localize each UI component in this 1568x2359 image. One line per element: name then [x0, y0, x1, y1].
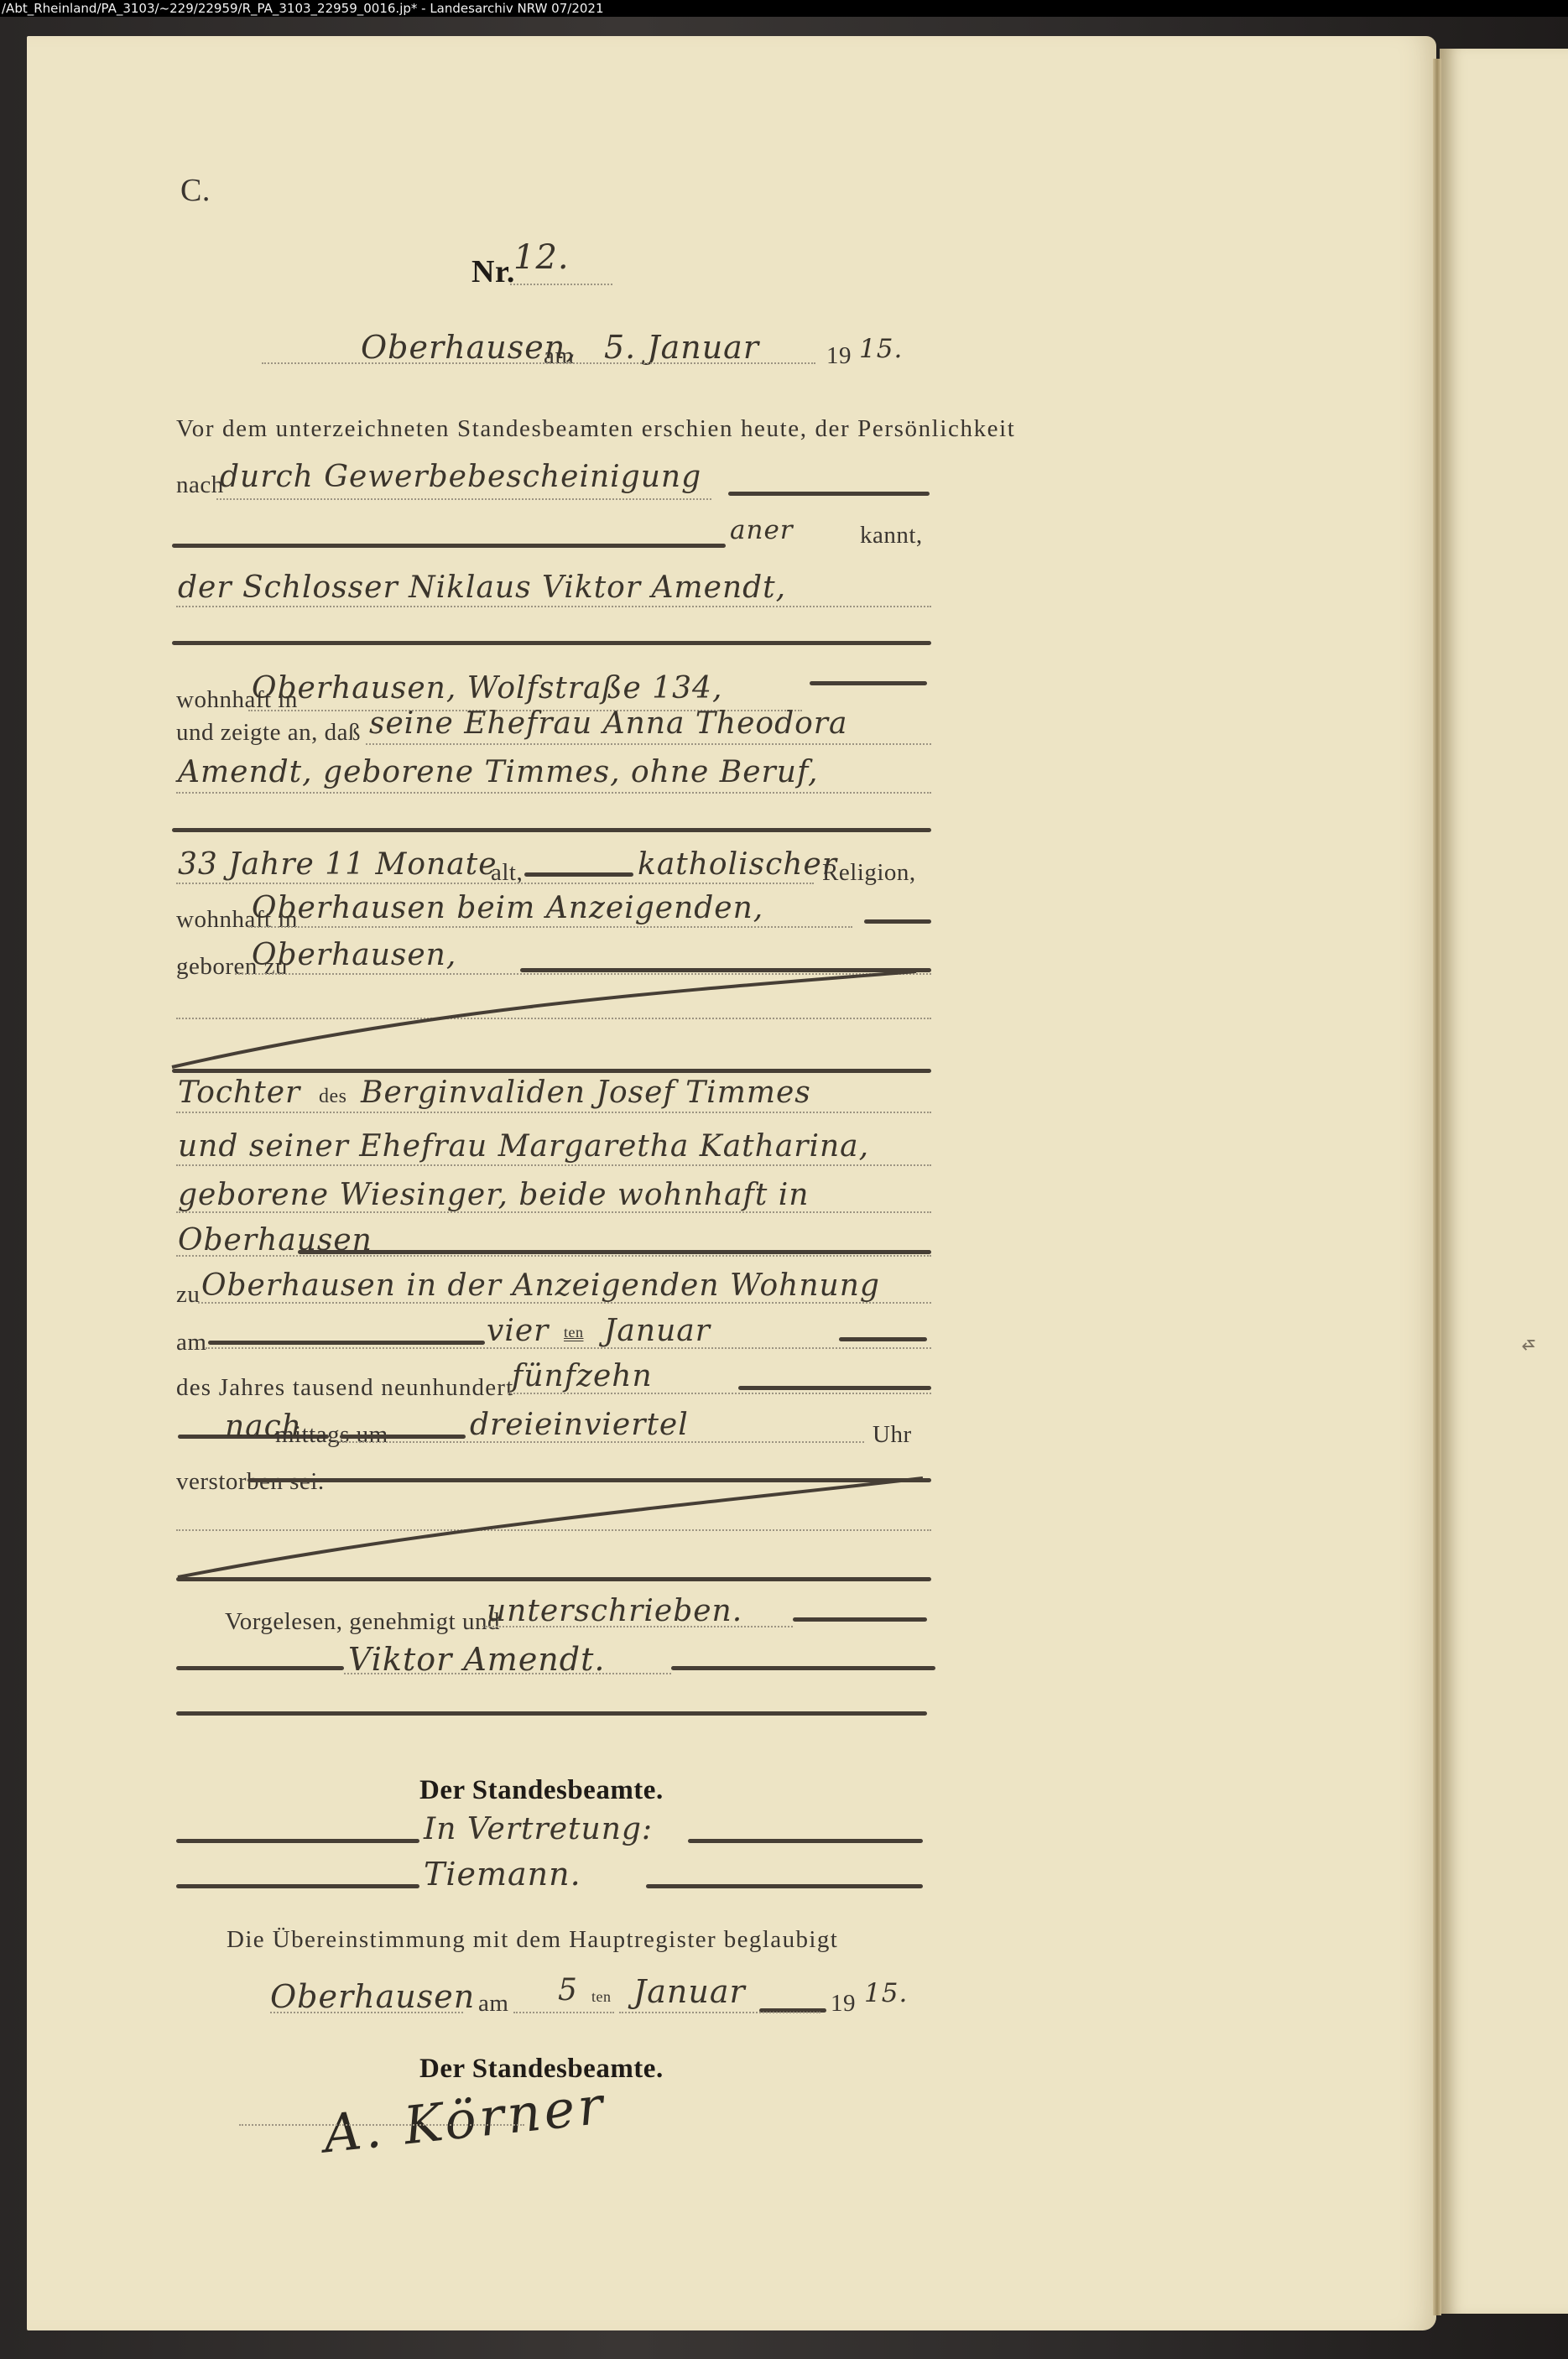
certification-month: Januar: [633, 1973, 746, 2010]
fill-bar: [810, 681, 927, 685]
blank-dotted-line: [176, 1018, 931, 1019]
fill-bar: [176, 1839, 419, 1843]
read-approved-value: unterschrieben.: [487, 1594, 742, 1628]
record-number: 12.: [513, 238, 570, 277]
fill-bar: [176, 1711, 927, 1716]
fill-bar: [172, 1069, 931, 1073]
parents-dotted-line-2: [176, 1164, 931, 1166]
parents-dotted-line-3: [176, 1211, 931, 1213]
death-month: Januar: [604, 1314, 711, 1348]
fill-bar: [738, 1386, 931, 1390]
informant-name: der Schlosser Niklaus Viktor Amendt,: [178, 570, 786, 605]
certification-day: 5: [558, 1973, 578, 2007]
death-place-dotted-line: [198, 1302, 931, 1304]
death-year-label: des Jahres tausend neunhundert: [176, 1374, 513, 1402]
certification-year-suffix: 15.: [864, 1978, 908, 2008]
number-label: Nr.: [471, 253, 515, 290]
adjacent-page: [1440, 49, 1568, 2314]
fill-bar: [208, 1341, 485, 1345]
fill-bar: [176, 1577, 931, 1581]
registrar-signature: Tiemann.: [424, 1856, 581, 1893]
fill-bar: [520, 968, 931, 972]
fill-bar: [688, 1839, 923, 1843]
deceased-religion: katholischer: [638, 847, 837, 882]
section-letter: C.: [180, 172, 211, 209]
nach-label: nach: [176, 471, 224, 499]
fill-bar: [524, 872, 633, 877]
cert-day-dotted-line: [513, 2012, 614, 2013]
death-place-label: zu: [176, 1281, 200, 1309]
death-time-unit: Uhr: [873, 1421, 912, 1449]
announcement-label: und zeigte an, daß: [176, 719, 361, 747]
signature-dotted-line: [344, 1673, 671, 1674]
death-time: dreieinviertel: [470, 1408, 689, 1442]
window-title: /Abt_Rheinland/PA_3103/~229/22959/R_PA_3…: [2, 1, 604, 16]
fill-bar: [176, 1666, 344, 1670]
parents-father: Berginvaliden Josef Timmes: [361, 1075, 811, 1110]
intro-text: Vor dem unterzeichneten Standesbeamten e…: [176, 415, 1015, 443]
death-time-dotted-line: [336, 1441, 864, 1443]
cert-signature-dotted-line: [239, 2124, 524, 2126]
deceased-residence-dotted-line: [248, 926, 852, 928]
cert-place-dotted-line: [270, 2012, 463, 2013]
age-dotted-line: [176, 883, 814, 884]
kannt-prefix: aner: [730, 515, 794, 545]
fill-bar: [864, 919, 931, 924]
header-date: 5. Januar: [604, 329, 759, 366]
death-day-suffix: ten: [564, 1324, 584, 1341]
header-year-suffix: 15.: [859, 334, 903, 364]
death-day: vier: [487, 1314, 549, 1348]
header-year-prefix: 19: [826, 342, 852, 370]
fill-bar: [172, 828, 931, 832]
fill-bar: [298, 1250, 931, 1254]
death-year: fünfzehn: [512, 1359, 653, 1393]
identity-method: durch Gewerbebescheinigung: [220, 460, 701, 494]
deceased-birthplace: Oberhausen,: [252, 938, 456, 972]
death-day-label: am: [176, 1329, 206, 1357]
fill-bar: [340, 1435, 466, 1439]
deceased-age: 33 Jahre 11 Monate: [178, 847, 497, 882]
book-gutter: [1433, 59, 1441, 2315]
cert-month-dotted-line: [619, 2012, 820, 2013]
fill-bar: [793, 1617, 927, 1622]
registrar-deputy: In Vertretung:: [424, 1812, 653, 1846]
fill-bar: [247, 1478, 931, 1482]
death-year-dotted-line: [508, 1393, 931, 1394]
parents-tochter: Tochter: [178, 1075, 300, 1110]
fill-bar: [839, 1337, 927, 1341]
fill-bar: [172, 544, 726, 548]
fill-bar: [176, 1884, 419, 1888]
announcement-line-2: Amendt, geborene Timmes, ohne Beruf,: [178, 755, 818, 789]
announcement-dotted-line: [366, 743, 931, 745]
death-day-dotted-line: [206, 1347, 931, 1349]
informant-dotted-line: [176, 606, 931, 607]
certification-day-suffix: ten: [591, 1988, 612, 2006]
parents-des-label: des: [319, 1086, 347, 1108]
announcement-dotted-line-2: [176, 792, 931, 794]
header-am-label: am: [544, 342, 574, 370]
announcement-line-1: seine Ehefrau Anna Theodora: [369, 706, 847, 741]
registrar-heading: Der Standesbeamte.: [419, 1775, 664, 1806]
certification-year-prefix: 19: [831, 1990, 856, 2018]
death-place: Oberhausen in der Anzeigenden Wohnung: [201, 1268, 880, 1303]
nach-dotted-line: [216, 498, 711, 500]
parents-dotted-line-4: [176, 1255, 931, 1257]
deceased-residence: Oberhausen beim Anzeigenden,: [252, 891, 763, 925]
certification-am-label: am: [478, 1990, 508, 2018]
fill-bar: [728, 492, 930, 496]
fill-bar: [172, 641, 931, 645]
parents-dotted-line-1: [176, 1112, 931, 1113]
fill-bar: [646, 1884, 923, 1888]
blank-dotted-line-2: [176, 1529, 931, 1531]
kannt-label: kannt,: [860, 522, 923, 549]
informant-residence: Oberhausen, Wolfstraße 134,: [252, 671, 722, 706]
parents-mother: und seiner Ehefrau Margaretha Katharina,: [178, 1129, 869, 1164]
window-title-bar: /Abt_Rheinland/PA_3103/~229/22959/R_PA_3…: [0, 0, 1568, 17]
certification-text: Die Übereinstimmung mit dem Hauptregiste…: [227, 1926, 838, 1954]
header-dotted-line: [262, 362, 815, 364]
certification-place: Oberhausen: [270, 1978, 475, 2015]
fill-bar: [671, 1666, 935, 1670]
parents-mother-maiden: geborene Wiesinger, beide wohnhaft in: [178, 1178, 809, 1212]
read-dotted-line: [482, 1626, 793, 1627]
read-approved-label: Vorgelesen, genehmigt und: [225, 1608, 500, 1636]
religion-label: Religion,: [822, 859, 916, 887]
birthplace-dotted-line: [235, 973, 931, 975]
number-dotted-line: [510, 284, 612, 285]
